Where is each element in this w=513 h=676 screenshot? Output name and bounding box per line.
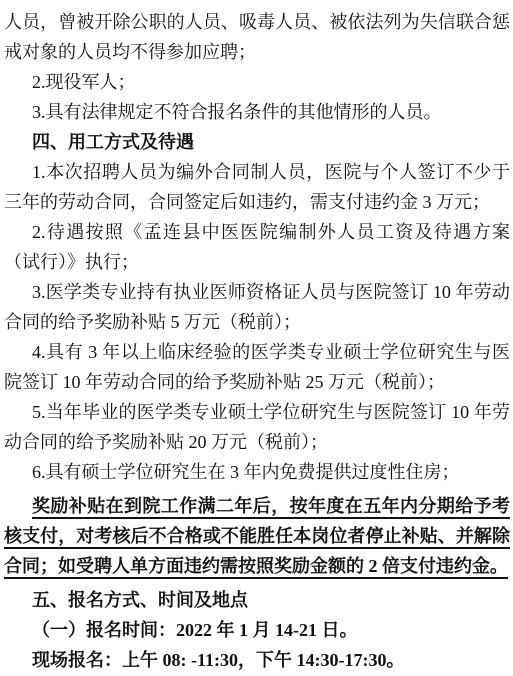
para-disqualified-persons-continuation: 人员，曾被开除公职的人员、吸毒人员、被依法列为失信联合惩戒对象的人员均不得参加应… [4, 7, 510, 67]
para-4-3-bonus-5w: 3.医学类专业持有执业医师资格证人员与医院签订 10 年劳动合同的给予奖励补贴 … [4, 277, 510, 337]
para-4-2-salary-plan: 2.待遇按照《孟连县中医医院编制外人员工资及待遇方案（试行）》执行； [4, 217, 510, 277]
heading-section-5-registration: 五、报名方式、时间及地点 [4, 585, 510, 615]
para-4-6-free-housing: 6.具有硕士学位研究生在 3 年内免费提供过度性住房； [4, 457, 510, 487]
para-4-4-bonus-25w: 4.具有 3 年以上临床经验的医学类专业硕士学位研究生与医院签订 10 年劳动合… [4, 337, 510, 397]
document-page: 人员，曾被开除公职的人员、吸毒人员、被依法列为失信联合惩戒对象的人员均不得参加应… [0, 0, 513, 676]
heading-section-4-employment-terms: 四、用工方式及待遇 [4, 127, 510, 157]
para-bonus-payment-terms: 奖励补贴在到院工作满二年后，按年度在五年内分期给予考核支付，对考核后不合格或不能… [4, 491, 510, 581]
para-4-5-bonus-20w: 5.当年毕业的医学类专业硕士学位研究生与医院签订 10 年劳动合同的给予奖励补贴… [4, 397, 510, 457]
para-5-2-onsite-registration-hours: 现场报名：上午 08: -11:30，下午 14:30-17:30。 [4, 645, 510, 675]
para-item-3-other-legal-cases: 3.具有法律规定不符合报名条件的其他情形的人员。 [4, 97, 510, 127]
para-4-1-contract-terms: 1.本次招聘人员为编外合同制人员，医院与个人签订不少于三年的劳动合同，合同签定后… [4, 157, 510, 217]
para-5-1-registration-date: （一）报名时间：2022 年 1 月 14-21 日。 [4, 615, 510, 645]
para-item-2-active-military: 2.现役军人； [4, 67, 510, 97]
